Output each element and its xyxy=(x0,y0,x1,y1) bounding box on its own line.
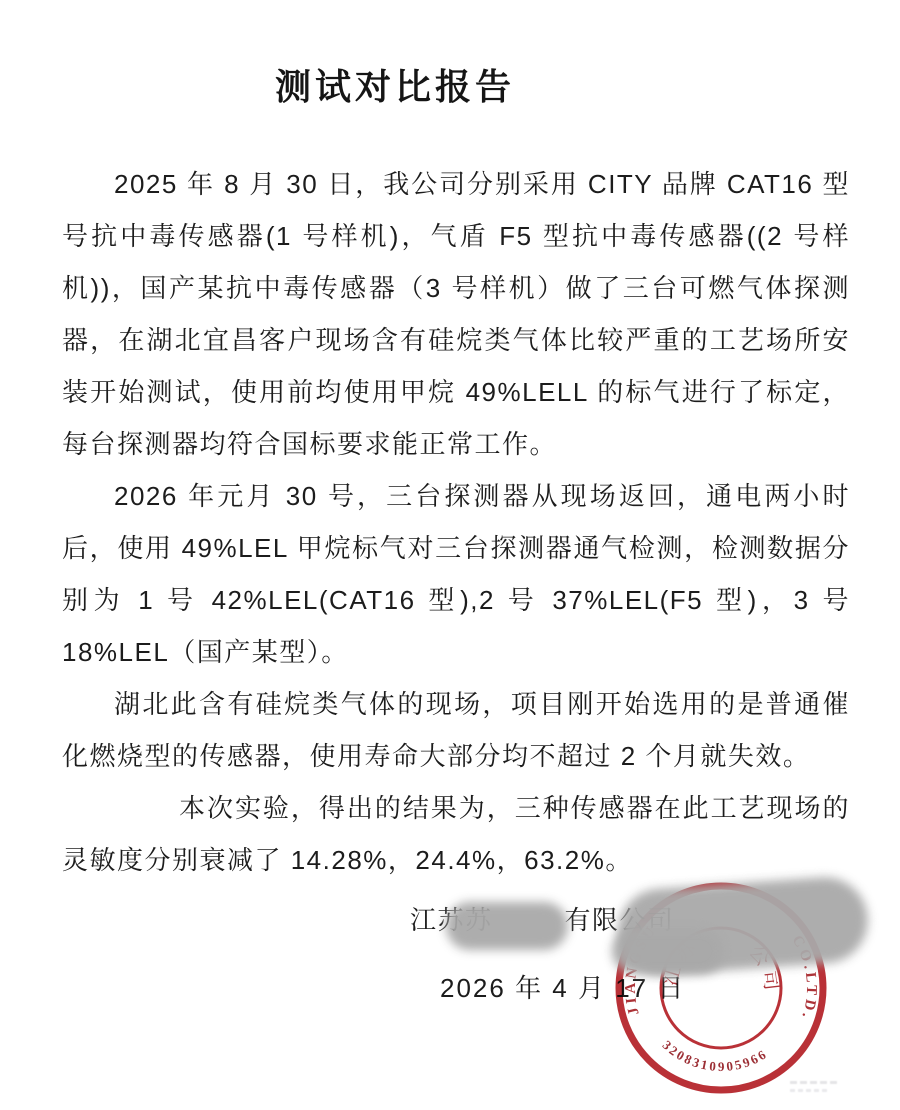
paragraph-4: 本次实验，得出的结果为，三种传感器在此工艺现场的灵敏度分别衰减了 14.28%，… xyxy=(62,782,850,886)
document-title: 测试对比报告 xyxy=(0,62,845,112)
paragraph-3: 湖北此含有硅烷类气体的现场，项目刚开始选用的是普通催化燃烧型的传感器，使用寿命大… xyxy=(62,678,850,782)
seal-serial-number: 3208310905966 xyxy=(660,1037,771,1074)
redaction-blur-company-name xyxy=(446,902,568,950)
document-body: 2025 年 8 月 30 日，我公司分别采用 CITY 品牌 CAT16 型号… xyxy=(62,158,850,886)
redaction-blur-seal-left xyxy=(612,928,724,974)
report-page: 测试对比报告 2025 年 8 月 30 日，我公司分别采用 CITY 品牌 C… xyxy=(0,0,900,1110)
paragraph-2: 2026 年元月 30 号，三台探测器从现场返回，通电两小时后，使用 49%LE… xyxy=(62,470,850,678)
paragraph-1: 2025 年 8 月 30 日，我公司分别采用 CITY 品牌 CAT16 型号… xyxy=(62,158,850,470)
